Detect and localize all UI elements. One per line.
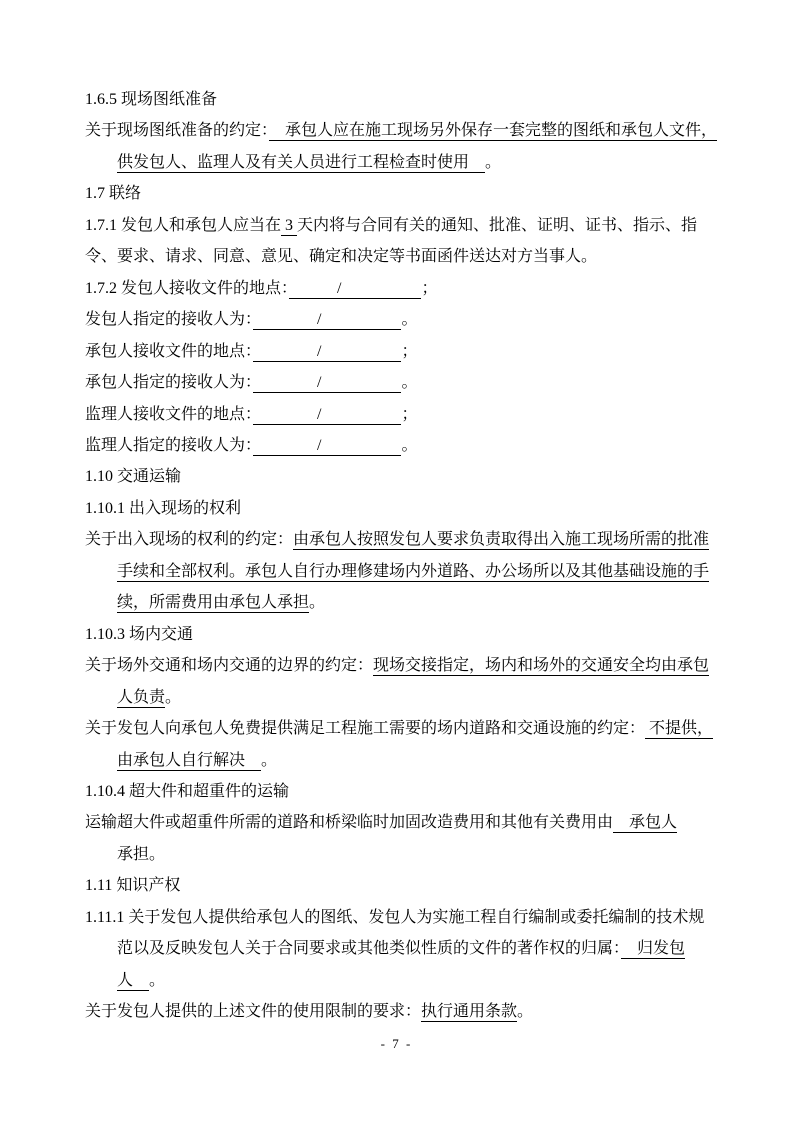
text-segment: ；: [401, 343, 417, 360]
document-line: 关于发包人向承包人免费提供满足工程施工需要的场内道路和交通设施的约定： 不提供，: [85, 713, 725, 744]
text-segment: 1.10.4 超大件和超重件的运输: [85, 783, 289, 800]
fill-in-blank: 不提供，: [645, 720, 713, 739]
text-segment: 1.10 交通运输: [85, 468, 181, 485]
document-line: 承包人指定的接收人为： / 。: [85, 367, 725, 398]
document-line: 关于场外交通和场内交通的边界的约定：现场交接指定，场内和场外的交通安全均由承包: [85, 650, 725, 681]
text-segment: 关于现场图纸准备的约定：: [85, 122, 269, 139]
text-segment: 承担。: [117, 846, 165, 863]
fill-in-blank: 3: [281, 217, 297, 236]
document-line: 关于发包人提供的上述文件的使用限制的要求：执行通用条款。: [85, 996, 725, 1027]
document-line: 续，所需费用由承包人承担。: [85, 587, 725, 618]
document-line: 1.10.1 出入现场的权利: [85, 493, 725, 524]
text-segment: 1.7.2 发包人接收文件的地点：: [85, 280, 289, 297]
document-line: 1.11.1 关于发包人提供给承包人的图纸、发包人为实施工程自行编制或委托编制的…: [85, 902, 725, 933]
text-segment: 关于发包人向承包人免费提供满足工程施工需要的场内道路和交通设施的约定：: [85, 720, 645, 737]
fill-in-blank: /: [253, 374, 401, 393]
fill-in-blank: 归发包: [621, 940, 685, 959]
text-segment: 1.11 知识产权: [85, 877, 180, 894]
fill-in-blank: /: [289, 280, 421, 299]
document-line: 1.11 知识产权: [85, 870, 725, 901]
fill-in-blank: 续，所需费用由承包人承担: [117, 594, 309, 613]
text-segment: 天内将与合同有关的通知、批准、证明、证书、指示、指: [297, 217, 697, 234]
document-line: 由承包人自行解决 。: [85, 745, 725, 776]
fill-in-blank: 执行通用条款: [421, 1003, 517, 1022]
text-segment: 监理人接收文件的地点：: [85, 406, 253, 423]
fill-in-blank: 由承包人自行解决: [117, 752, 261, 771]
text-segment: 1.10.3 场内交通: [85, 626, 193, 643]
document-line: 承包人接收文件的地点： / ；: [85, 336, 725, 367]
text-segment: 范以及反映发包人关于合同要求或其他类似性质的文件的著作权的归属：: [117, 940, 621, 957]
fill-in-blank: 供发包人、监理人及有关人员进行工程检查时使用: [117, 154, 485, 173]
document-line: 1.6.5 现场图纸准备: [85, 84, 725, 115]
document-line: 1.7.2 发包人接收文件的地点： / ；: [85, 273, 725, 304]
fill-in-blank: 手续和全部权利。承包人自行办理修建场内外道路、办公场所以及其他基础设施的手: [117, 563, 709, 582]
text-segment: 。: [309, 594, 325, 611]
text-segment: 发包人指定的接收人为：: [85, 311, 253, 328]
document-line: 范以及反映发包人关于合同要求或其他类似性质的文件的著作权的归属： 归发包: [85, 933, 725, 964]
text-segment: 1.7 联络: [85, 185, 141, 202]
document-line: 1.10.4 超大件和超重件的运输: [85, 776, 725, 807]
fill-in-blank: /: [253, 437, 401, 456]
fill-in-blank: 承包人: [613, 814, 677, 833]
text-segment: ；: [401, 406, 417, 423]
document-line: 承担。: [85, 839, 725, 870]
document-line: 供发包人、监理人及有关人员进行工程检查时使用 。: [85, 147, 725, 178]
text-segment: 关于场外交通和场内交通的边界的约定：: [85, 657, 373, 674]
document-line: 令、要求、请求、同意、意见、确定和决定等书面函件送达对方当事人。: [85, 241, 725, 272]
fill-in-blank: 由承包人按照发包人要求负责取得出入施工现场所需的批准: [293, 531, 709, 550]
text-segment: 。: [149, 972, 165, 989]
document-line: 监理人指定的接收人为： / 。: [85, 430, 725, 461]
document-line: 人负责。: [85, 682, 725, 713]
text-segment: 。: [517, 1003, 533, 1020]
text-segment: 。: [165, 689, 181, 706]
document-line: 监理人接收文件的地点： / ；: [85, 399, 725, 430]
text-segment: 关于发包人提供的上述文件的使用限制的要求：: [85, 1003, 421, 1020]
document-line: 1.7.1 发包人和承包人应当在 3 天内将与合同有关的通知、批准、证明、证书、…: [85, 210, 725, 241]
document-line: 人 。: [85, 965, 725, 996]
text-segment: 。: [401, 437, 417, 454]
fill-in-blank: /: [253, 406, 401, 425]
document-body: 1.6.5 现场图纸准备关于现场图纸准备的约定： 承包人应在施工现场另外保存一套…: [85, 84, 725, 1028]
text-segment: 1.11.1 关于发包人提供给承包人的图纸、发包人为实施工程自行编制或委托编制的…: [85, 909, 704, 926]
text-segment: 。: [401, 374, 417, 391]
page-number: - 7 -: [0, 1036, 793, 1052]
text-segment: 令、要求、请求、同意、意见、确定和决定等书面函件送达对方当事人。: [85, 248, 597, 265]
text-segment: 1.10.1 出入现场的权利: [85, 500, 241, 517]
fill-in-blank: 现场交接指定，场内和场外的交通安全均由承包: [373, 657, 709, 676]
document-line: 手续和全部权利。承包人自行办理修建场内外道路、办公场所以及其他基础设施的手: [85, 556, 725, 587]
fill-in-blank: 承包人应在施工现场另外保存一套完整的图纸和承包人文件，: [269, 122, 717, 141]
text-segment: 承包人指定的接收人为：: [85, 374, 253, 391]
text-segment: 关于出入现场的权利的约定：: [85, 531, 293, 548]
document-line: 关于出入现场的权利的约定：由承包人按照发包人要求负责取得出入施工现场所需的批准: [85, 524, 725, 555]
contract-page: { "page": { "number_label": "- 7 -" }, "…: [0, 0, 793, 1122]
document-line: 关于现场图纸准备的约定： 承包人应在施工现场另外保存一套完整的图纸和承包人文件，: [85, 115, 725, 146]
document-line: 发包人指定的接收人为： / 。: [85, 304, 725, 335]
text-segment: 1.6.5 现场图纸准备: [85, 91, 217, 108]
text-segment: 。: [401, 311, 417, 328]
document-line: 1.10.3 场内交通: [85, 619, 725, 650]
document-line: 1.7 联络: [85, 178, 725, 209]
text-segment: 监理人指定的接收人为：: [85, 437, 253, 454]
fill-in-blank: /: [253, 311, 401, 330]
document-line: 运输超大件或超重件所需的道路和桥梁临时加固改造费用和其他有关费用由 承包人: [85, 807, 725, 838]
fill-in-blank: 人: [117, 972, 149, 991]
document-line: 1.10 交通运输: [85, 461, 725, 492]
fill-in-blank: /: [253, 343, 401, 362]
fill-in-blank: 人负责: [117, 689, 165, 708]
text-segment: 。: [485, 154, 501, 171]
text-segment: 。: [261, 752, 277, 769]
text-segment: 承包人接收文件的地点：: [85, 343, 253, 360]
text-segment: 运输超大件或超重件所需的道路和桥梁临时加固改造费用和其他有关费用由: [85, 814, 613, 831]
text-segment: 1.7.1 发包人和承包人应当在: [85, 217, 281, 234]
text-segment: ；: [421, 280, 437, 297]
